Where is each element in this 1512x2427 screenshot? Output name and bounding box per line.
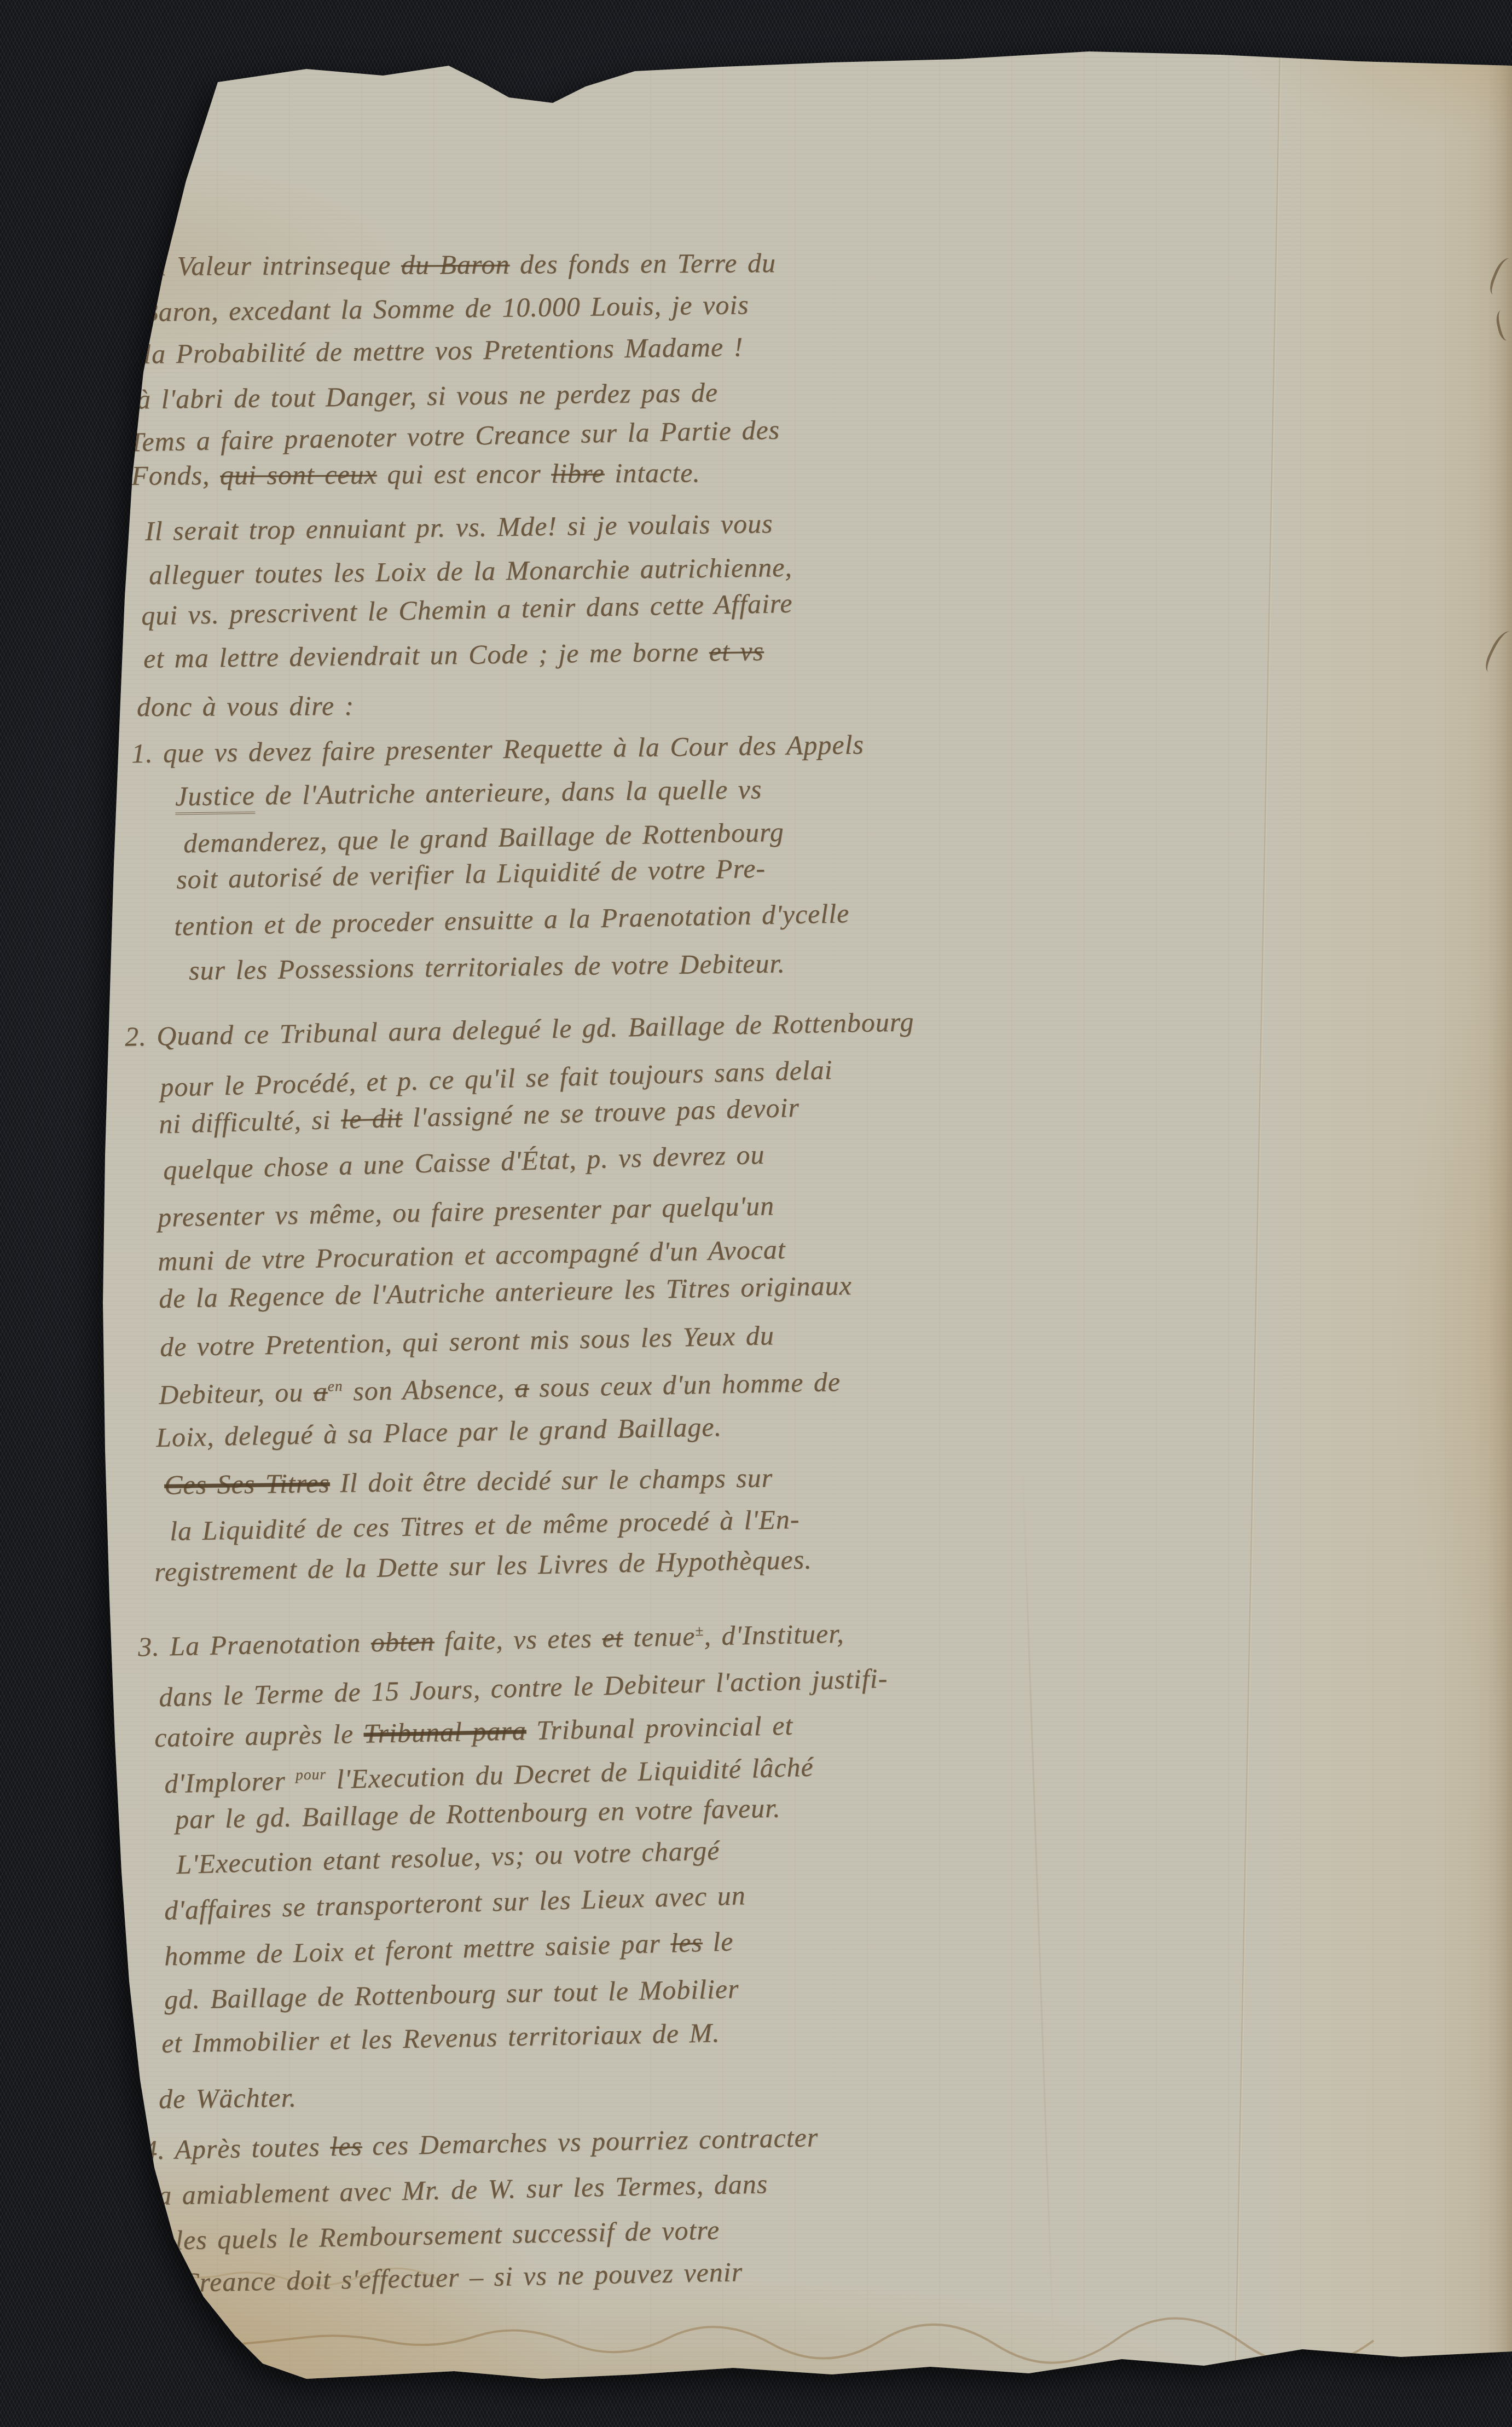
text-segment: homme de Loix et feront mettre saisie pa… [164, 1927, 671, 1971]
text-segment: et Immobilier et les Revenus territoriau… [161, 2017, 721, 2059]
text-segment: d'affaires se transporteront sur les Lie… [164, 1880, 746, 1926]
text-segment: et ma lettre deviendrait un Code ; je me… [143, 636, 709, 674]
paper-sheet-wrapper: La Valeur intrinseque du Baron des fonds… [0, 0, 1512, 2427]
text-segment: de votre Pretention, qui seront mis sous… [160, 1320, 775, 1362]
text-segment: Creance doit s'effectuer – si vs ne pouv… [181, 2256, 743, 2298]
manuscript-line: sur les Possessions territoriales de vot… [189, 947, 785, 986]
paper-wrinkle [1021, 1451, 1055, 2353]
text-segment: gd. Baillage de Rottenbourg sur tout le … [164, 1973, 739, 2015]
text-segment: libre [551, 458, 605, 489]
text-segment: de Wächter. [159, 2082, 297, 2114]
manuscript-line: Il serait trop ennuiant pr. vs. Mde! si … [145, 508, 773, 547]
manuscript-line: de Wächter. [159, 2082, 297, 2115]
manuscript-line: par le gd. Baillage de Rottenbourg en vo… [175, 1792, 781, 1835]
text-segment: l'assigné ne se trouve pas devoir [402, 1092, 800, 1133]
text-segment: 3. La Praenotation [138, 1627, 372, 1662]
text-segment: le [702, 1926, 734, 1957]
text-segment: presenter vs même, ou faire presenter pa… [158, 1190, 775, 1233]
manuscript-line: quelque chose a une Caisse d'État, p. vs… [163, 1139, 765, 1186]
text-segment: et [602, 1622, 623, 1653]
text-segment: demanderez, que le grand Baillage de Rot… [183, 816, 785, 858]
manuscript-line: catoire auprès le Tribunal para Tribunal… [154, 1710, 793, 1754]
manuscript-line: Ces Ses Titres Il doit être decidé sur l… [164, 1462, 773, 1501]
text-segment: Il serait trop ennuiant pr. vs. Mde! si … [145, 508, 773, 546]
text-segment: ni difficulté, si [158, 1104, 341, 1140]
text-segment: Tribunal provincial et [526, 1710, 793, 1746]
text-segment: Baron, excedant la Somme de 10.000 Louis… [141, 289, 749, 327]
manuscript-line: d'affaires se transporteront sur les Lie… [164, 1880, 746, 1926]
text-segment: les [330, 2130, 363, 2162]
text-segment: , d'Instituer, [704, 1618, 844, 1651]
text-segment: les quels le Remboursement successif de … [175, 2214, 720, 2255]
text-segment: qui sont ceux [220, 459, 377, 490]
text-segment: 1. que vs devez faire presenter Requette… [131, 729, 864, 768]
manuscript-line: la Liquidité de ces Titres et de même pr… [170, 1504, 800, 1547]
manuscript-line: Baron, excedant la Somme de 10.000 Louis… [141, 289, 749, 328]
text-segment: Ces Ses Titres [164, 1467, 330, 1500]
manuscript-line: Tems a faire praenoter votre Creance sur… [129, 414, 780, 458]
manuscript-line: tention et de proceder ensuitte a la Pra… [174, 898, 850, 942]
manuscript-line: 3. La Praenotation obten faite, vs etes … [138, 1618, 844, 1663]
manuscript-line: dans le Terme de 15 Jours, contre le Deb… [158, 1663, 888, 1713]
text-segment: Debiteur, ou [159, 1377, 314, 1410]
text-segment: pour [296, 1765, 327, 1783]
text-segment: du Baron [401, 249, 510, 280]
text-segment: Fonds, [131, 460, 220, 491]
text-segment: catoire auprès le [154, 1718, 364, 1753]
manuscript-line: Debiteur, ou aen son Absence, a sous ceu… [159, 1366, 841, 1411]
manuscript-line: gd. Baillage de Rottenbourg sur tout le … [164, 1973, 739, 2016]
right-leaf-shading [1270, 0, 1512, 2427]
photograph-of-manuscript: { "scene": { "background_fabric_color": … [0, 0, 1512, 2427]
text-segment: qui vs. prescrivent le Chemin a tenir da… [141, 588, 793, 631]
manuscript-line: presenter vs même, ou faire presenter pa… [158, 1190, 775, 1233]
manuscript-line: muni de vtre Procuration et accompagné d… [158, 1234, 786, 1278]
manuscript-line: soit autorisé de verifier la Liquidité d… [176, 853, 766, 895]
manuscript-line: la Probabilité de mettre vos Pretentions… [143, 331, 744, 370]
text-segment: faite, vs etes [434, 1622, 603, 1656]
manuscript-line: les quels le Remboursement successif de … [175, 2214, 720, 2256]
text-segment: des fonds en Terre du [509, 247, 776, 280]
text-segment: La Valeur intrinseque [137, 250, 401, 282]
text-segment: la Probabilité de mettre vos Pretentions… [143, 331, 744, 369]
text-segment: registrement de la Dette sur les Livres … [154, 1544, 813, 1587]
text-segment: obten [370, 1626, 435, 1657]
text-segment: soit autorisé de verifier la Liquidité d… [176, 853, 766, 895]
manuscript-line: 4. Après toutes les ces Demarches vs pou… [143, 2122, 819, 2166]
manuscript-line: et ma lettre deviendrait un Code ; je me… [143, 635, 764, 674]
text-segment: de l'Autriche anterieure, dans la quelle… [255, 773, 762, 810]
text-segment: a [313, 1376, 328, 1407]
text-segment: à l'abri de tout Danger, si vous ne perd… [137, 377, 719, 415]
manuscript-line: de votre Pretention, qui seront mis sous… [160, 1320, 775, 1363]
text-segment: donc à vous dire : [137, 690, 354, 722]
manuscript-line: homme de Loix et feront mettre saisie pa… [164, 1926, 734, 1972]
text-segment: tention et de proceder ensuitte a la Pra… [174, 898, 850, 941]
manuscript-line: Creance doit s'effectuer – si vs ne pouv… [181, 2256, 743, 2298]
text-segment: alleguer toutes les Loix de la Monarchie… [149, 552, 792, 590]
text-segment: en [327, 1377, 343, 1395]
manuscript-line: d'Implorer pour l'Execution du Decret de… [164, 1751, 814, 1800]
manuscript-line: registrement de la Dette sur les Livres … [154, 1544, 813, 1588]
manuscript-line: Justice de l'Autriche anterieure, dans l… [175, 773, 762, 812]
text-segment: Tribunal para [363, 1715, 526, 1749]
text-segment: sur les Possessions territoriales de vot… [189, 947, 785, 985]
text-segment: son Absence, [343, 1372, 515, 1406]
manuscript-line: demanderez, que le grand Baillage de Rot… [183, 816, 785, 859]
text-segment: muni de vtre Procuration et accompagné d… [158, 1234, 786, 1276]
manuscript-line: alleguer toutes les Loix de la Monarchie… [149, 552, 792, 591]
manuscript-line: L'Execution etant resolue, vs; ou votre … [176, 1835, 720, 1880]
text-segment: intacte. [605, 457, 700, 488]
text-segment: la Liquidité de ces Titres et de même pr… [170, 1504, 800, 1546]
text-segment: a [514, 1372, 529, 1403]
text-segment: tenue [623, 1621, 696, 1653]
text-segment: Tems a faire praenoter votre Creance sur… [129, 414, 780, 458]
manuscript-line: a amiablement avec Mr. de W. sur les Ter… [158, 2168, 768, 2211]
manuscript-line: Loix, delegué à sa Place par le grand Ba… [156, 1411, 722, 1453]
text-segment: qui est encor [377, 458, 552, 490]
manuscript-line: et Immobilier et les Revenus territoriau… [161, 2017, 721, 2059]
manuscript-paper: La Valeur intrinseque du Baron des fonds… [0, 0, 1512, 2427]
text-segment: par le gd. Baillage de Rottenbourg en vo… [175, 1792, 781, 1834]
manuscript-line: donc à vous dire : [137, 690, 354, 723]
text-segment: les [670, 1927, 703, 1958]
text-segment: Loix, delegué à sa Place par le grand Ba… [156, 1411, 722, 1453]
text-segment: Justice [175, 780, 256, 815]
text-segment: quelque chose a une Caisse d'État, p. vs… [163, 1139, 765, 1186]
text-segment: ± [695, 1622, 704, 1639]
text-segment: le dit [340, 1102, 403, 1135]
manuscript-line: 2. Quand ce Tribunal aura delegué le gd.… [125, 1006, 914, 1053]
text-segment: l'Execution du Decret de Liquidité lâché [326, 1751, 814, 1794]
text-segment: a amiablement avec Mr. de W. sur les Ter… [158, 2168, 768, 2210]
manuscript-line: à l'abri de tout Danger, si vous ne perd… [137, 377, 719, 415]
text-segment: ces Demarches vs pourriez contracter [362, 2122, 819, 2161]
manuscript-line: de la Regence de l'Autriche anterieure l… [159, 1270, 853, 1315]
text-segment: Il doit être decidé sur le champs sur [329, 1462, 773, 1498]
manuscript-line: qui vs. prescrivent le Chemin a tenir da… [141, 588, 793, 632]
text-segment: 2. Quand ce Tribunal aura delegué le gd.… [125, 1006, 914, 1052]
text-segment: et vs [709, 635, 764, 667]
text-segment: dans le Terme de 15 Jours, contre le Deb… [158, 1663, 888, 1713]
manuscript-line: La Valeur intrinseque du Baron des fonds… [137, 247, 776, 282]
text-segment: de la Regence de l'Autriche anterieure l… [159, 1270, 853, 1314]
text-segment: d'Implorer [164, 1765, 296, 1799]
text-segment: L'Execution etant resolue, vs; ou votre … [176, 1835, 720, 1880]
manuscript-line: Fonds, qui sont ceux qui est encor libre… [131, 457, 700, 492]
text-segment: 4. Après toutes [143, 2131, 331, 2165]
manuscript-line: 1. que vs devez faire presenter Requette… [131, 729, 864, 770]
text-segment: sous ceux d'un homme de [529, 1366, 841, 1403]
